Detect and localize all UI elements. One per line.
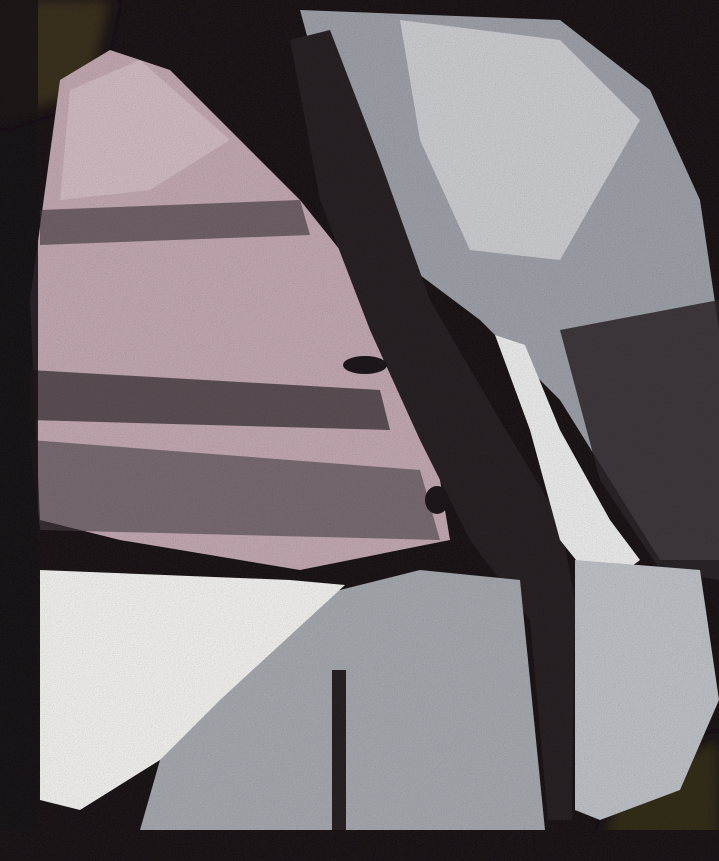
dark-bottom-edge (0, 830, 719, 861)
artwork-canvas (0, 0, 719, 861)
abstract-print-artwork (0, 0, 719, 861)
ink-blot-1 (343, 356, 387, 374)
dark-left-edge (0, 0, 38, 861)
dark-vertical-tick (332, 670, 346, 850)
ink-blot-2 (425, 486, 449, 514)
